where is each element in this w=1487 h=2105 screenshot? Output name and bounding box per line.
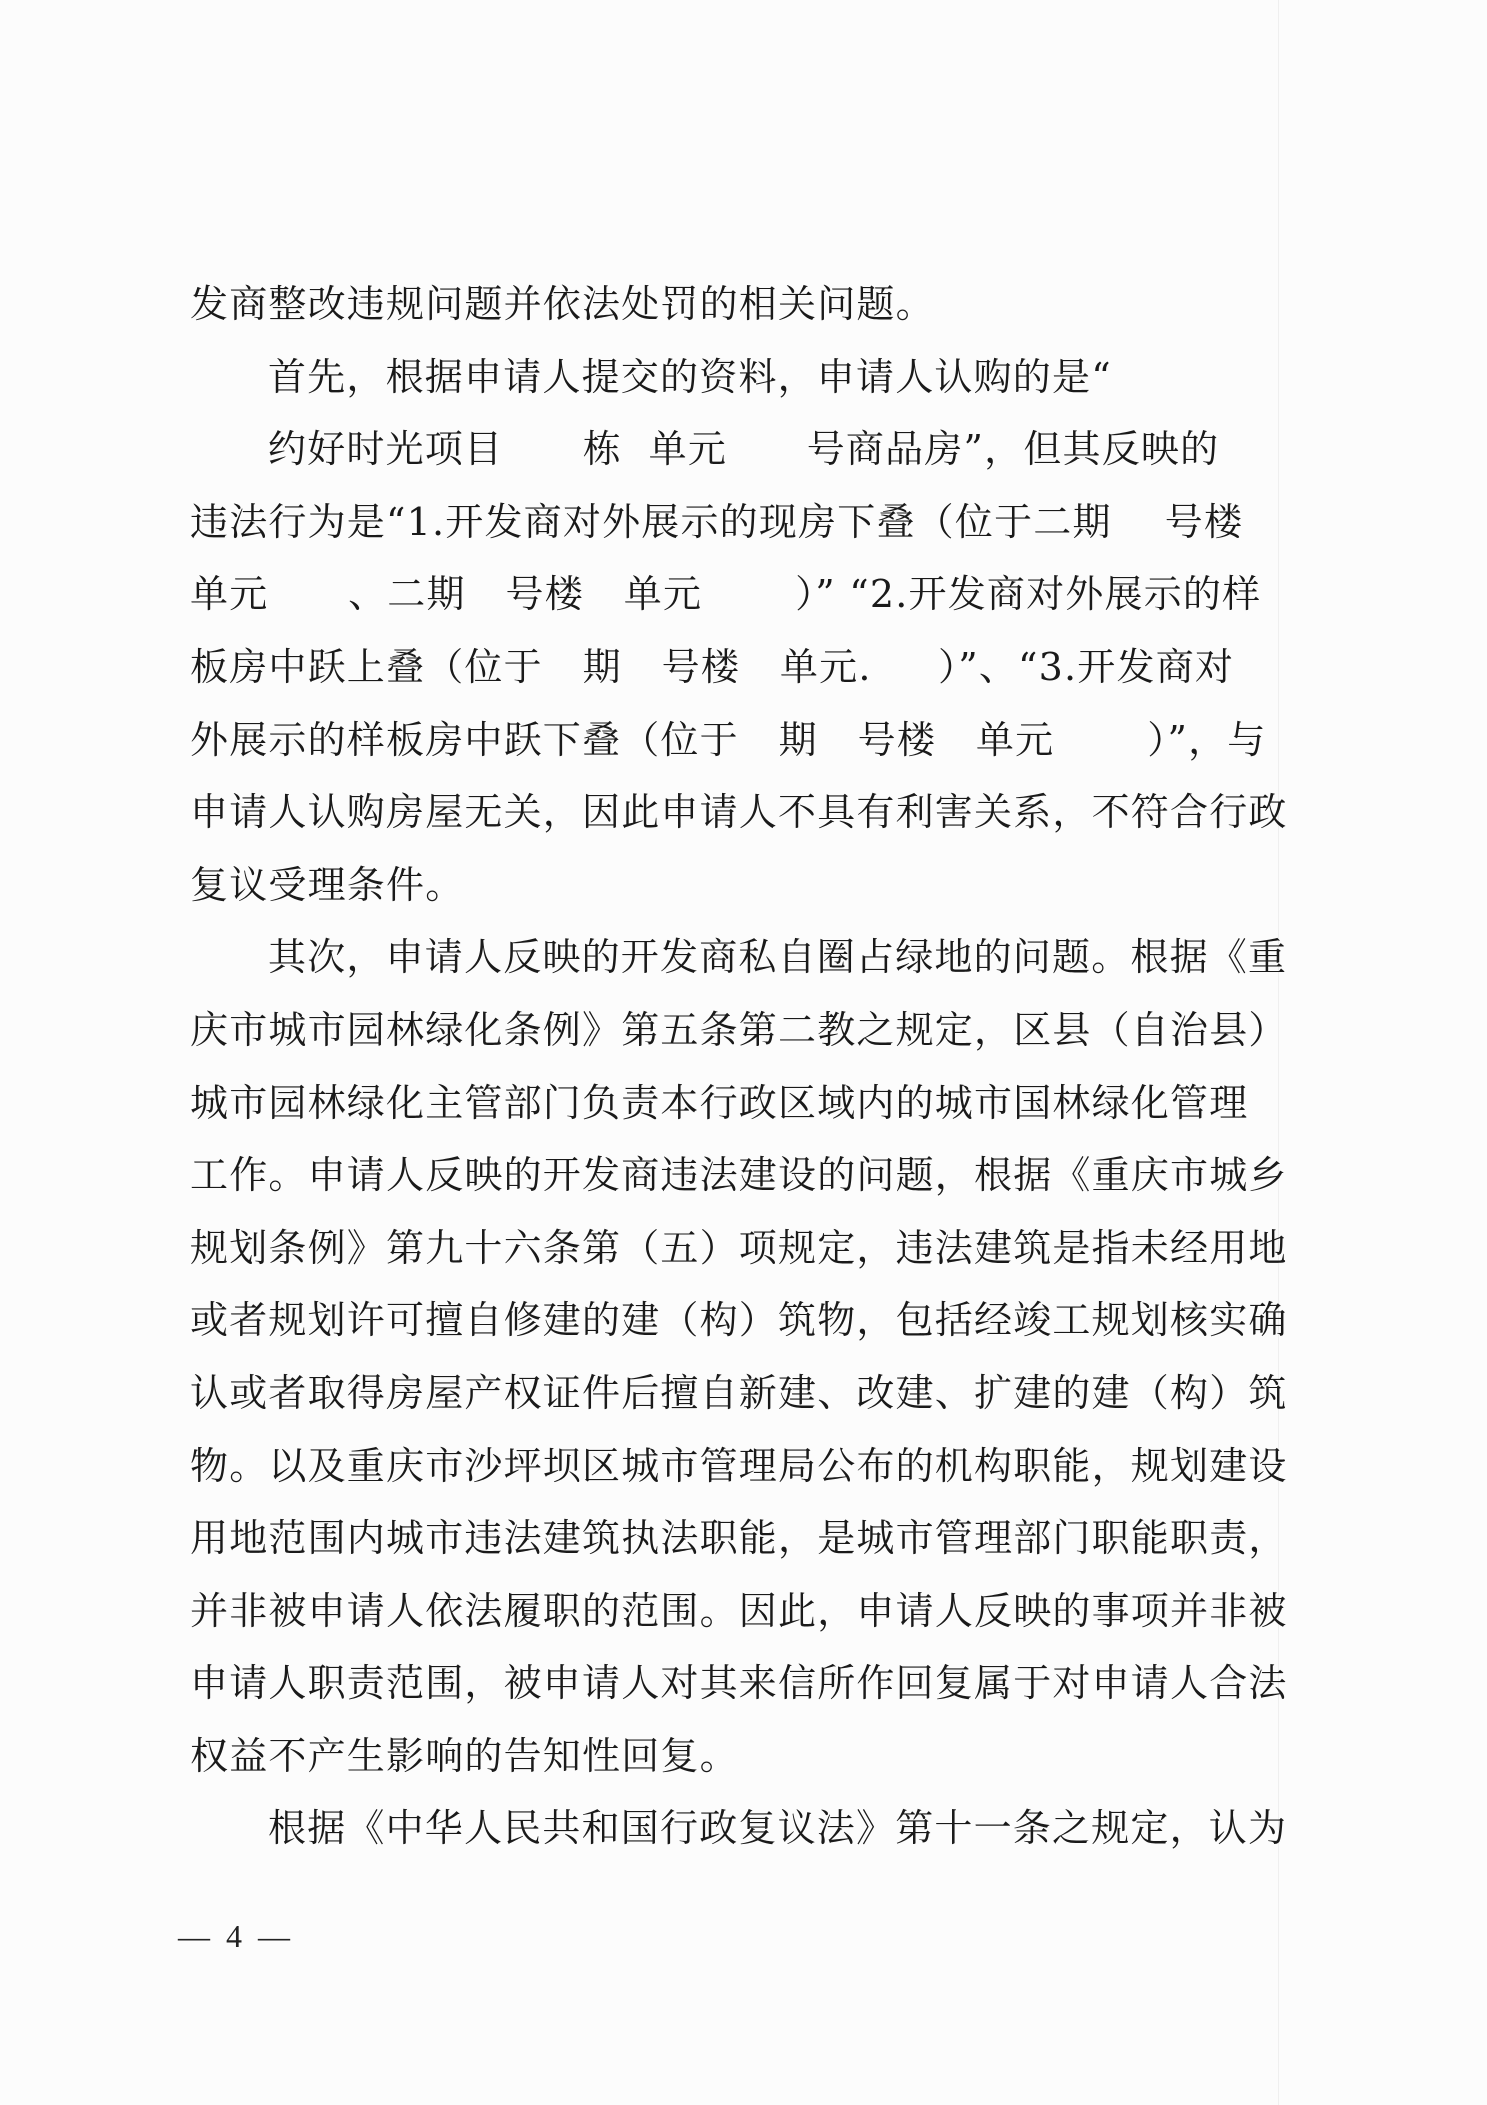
text-line: 或者规划许可擅自修建的建（构）筑物，包括经竣工规划核实确 (190, 1284, 1282, 1357)
text-line: 庆市城市园林绿化条例》第五条第二教之规定，区县（自治县） (190, 994, 1282, 1067)
paragraph-first-start: 首先，根据申请人提交的资料，申请人认购的是“ (190, 341, 1282, 414)
paragraph-third-start: 根据《中华人民共和国行政复议法》第十一条之规定，认为 (190, 1792, 1282, 1865)
text-line: 城市园林绿化主管部门负责本行政区域内的城市国林绿化管理 (190, 1067, 1282, 1140)
text-line: 外展示的样板房中跃下叠（位于 期 号楼 单元 ）”，与 (190, 704, 1282, 777)
text-line-project: 约好时光项目 栋 单元 号商品房”，但其反映的 (190, 413, 1282, 486)
document-body: 发商整改违规问题并依法处罚的相关问题。 首先，根据申请人提交的资料，申请人认购的… (190, 268, 1282, 1865)
text-line: 用地范围内城市违法建筑执法职能，是城市管理部门职能职责， (190, 1502, 1282, 1575)
text-line: 申请人认购房屋无关，因此申请人不具有利害关系，不符合行政 (190, 776, 1282, 849)
text-line-continuation: 发商整改违规问题并依法处罚的相关问题。 (190, 268, 1282, 341)
text-line: 认或者取得房屋产权证件后擅自新建、改建、扩建的建（构）筑 (190, 1357, 1282, 1430)
text-line: 单元 、二期 号楼 单元 ）” “2.开发商对外展示的样 (190, 558, 1282, 631)
text-line: 并非被申请人依法履职的范围。因此，申请人反映的事项并非被 (190, 1575, 1282, 1648)
document-page: 发商整改违规问题并依法处罚的相关问题。 首先，根据申请人提交的资料，申请人认购的… (0, 0, 1487, 2105)
text-line: 规划条例》第九十六条第（五）项规定，违法建筑是指未经用地 (190, 1212, 1282, 1285)
text-line: 申请人职责范围，被申请人对其来信所作回复属于对申请人合法 (190, 1647, 1282, 1720)
text-line: 物。以及重庆市沙坪坝区城市管理局公布的机构职能，规划建设 (190, 1430, 1282, 1503)
text-line-paragraph-end: 复议受理条件。 (190, 849, 1282, 922)
text-line: 工作。申请人反映的开发商违法建设的问题，根据《重庆市城乡 (190, 1139, 1282, 1212)
text-line: 板房中跃上叠（位于 期 号楼 单元. ）”、“3.开发商对 (190, 631, 1282, 704)
page-number: — 4 — (178, 1918, 294, 1955)
paragraph-second-start: 其次，申请人反映的开发商私自圈占绿地的问题。根据《重 (190, 921, 1282, 994)
text-line: 违法行为是“1.开发商对外展示的现房下叠（位于二期 号楼 (190, 486, 1282, 559)
text-line-paragraph-end: 权益不产生影响的告知性回复。 (190, 1720, 1282, 1793)
